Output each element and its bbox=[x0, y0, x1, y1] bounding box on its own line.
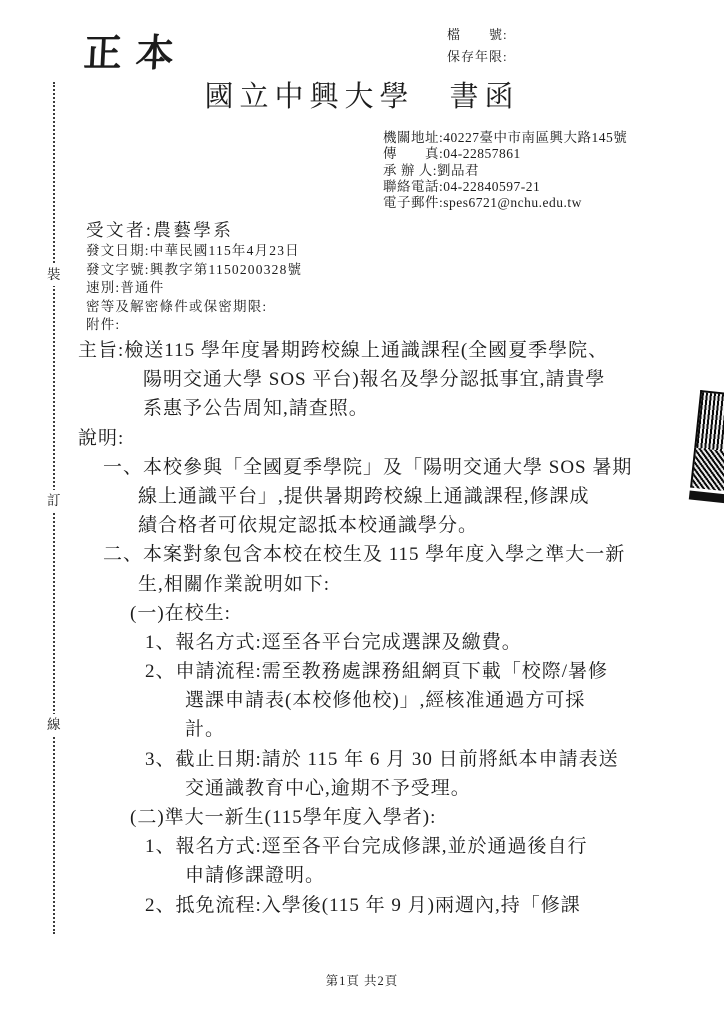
sender-address-line: 機關地址:40227臺中市南區興大路145號 bbox=[383, 130, 627, 146]
binding-mark-xian: 線 bbox=[46, 714, 62, 736]
sender-contact-block: 機關地址:40227臺中市南區興大路145號 傳 真:04-22857861 承… bbox=[383, 130, 627, 211]
body-line: 績合格者可依規定認抵本校通識學分。 bbox=[78, 511, 632, 540]
body-line: 生,相關作業說明如下: bbox=[78, 570, 632, 599]
retention-period-label: 保存年限: bbox=[447, 46, 508, 68]
subject-line: 系惠予公告周知,請查照。 bbox=[78, 394, 632, 423]
page-number-footer: 第1頁 共2頁 bbox=[0, 971, 724, 989]
sender-contact-person-line: 承 辦 人:劉品君 bbox=[383, 163, 627, 179]
sender-fax-line: 傳 真:04-22857861 bbox=[383, 146, 627, 162]
binding-mark-ding: 訂 bbox=[46, 490, 62, 512]
body-line: 交通識教育中心,逾期不予受理。 bbox=[78, 774, 632, 803]
barcode-base-band bbox=[689, 490, 724, 504]
barcode-stamp bbox=[688, 390, 724, 512]
barcode-stripes-top bbox=[694, 390, 724, 452]
body-line: 1、報名方式:逕至各平台完成選課及繳費。 bbox=[78, 628, 632, 657]
body-line: 申請修課證明。 bbox=[78, 861, 632, 890]
barcode-stripes-bottom bbox=[690, 448, 724, 492]
official-document-page: 正本 檔 號: 保存年限: 國立中興大學 書函 機關地址:40227臺中市南區興… bbox=[0, 0, 724, 1024]
sender-phone-line: 聯絡電話:04-22840597-21 bbox=[383, 179, 627, 195]
issue-date-line: 發文日期:中華民國115年4月23日 bbox=[86, 242, 302, 261]
subject-line: 陽明交通大學 SOS 平台)報名及學分認抵事宜,請貴學 bbox=[78, 365, 632, 394]
priority-line: 速別:普通件 bbox=[86, 279, 302, 298]
body-line: 二、本案對象包含本校在校生及 115 學年度入學之準大一新 bbox=[78, 540, 632, 569]
issue-number-line: 發文字號:興教字第1150200328號 bbox=[86, 261, 302, 280]
archive-info-block: 檔 號: 保存年限: bbox=[447, 24, 508, 68]
body-line: 2、抵免流程:入學後(115 年 9 月)兩週內,持「修課 bbox=[78, 891, 632, 920]
body-line: 計。 bbox=[78, 715, 632, 744]
body-line: 3、截止日期:請於 115 年 6 月 30 日前將紙本申請表送 bbox=[78, 745, 632, 774]
document-body: 主旨:檢送115 學年度暑期跨校線上通識課程(全國夏季學院、 陽明交通大學 SO… bbox=[78, 336, 632, 920]
body-line: 一、本校參與「全國夏季學院」及「陽明交通大學 SOS 暑期 bbox=[78, 453, 632, 482]
body-line: (一)在校生: bbox=[78, 599, 632, 628]
subject-line: 主旨:檢送115 學年度暑期跨校線上通識課程(全國夏季學院、 bbox=[78, 336, 632, 365]
document-meta-block: 發文日期:中華民國115年4月23日 發文字號:興教字第1150200328號 … bbox=[86, 242, 302, 335]
classification-line: 密等及解密條件或保密期限: bbox=[86, 298, 302, 317]
archive-number-label: 檔 號: bbox=[447, 24, 508, 46]
document-title: 國立中興大學 書函 bbox=[0, 74, 724, 115]
body-line: 1、報名方式:逕至各平台完成修課,並於通過後自行 bbox=[78, 832, 632, 861]
body-line: 線上通識平台」,提供暑期跨校線上通識課程,修課成 bbox=[78, 482, 632, 511]
body-line: 2、申請流程:需至教務處課務組網頁下載「校際/暑修 bbox=[78, 657, 632, 686]
attachment-line: 附件: bbox=[86, 316, 302, 335]
description-heading: 說明: bbox=[78, 424, 632, 453]
recipient-line: 受文者:農藝學系 bbox=[86, 217, 233, 242]
body-line: (二)準大一新生(115學年度入學者): bbox=[78, 803, 632, 832]
copy-type-label: 正本 bbox=[83, 22, 190, 77]
binding-mark-zhuang: 裝 bbox=[46, 264, 62, 286]
sender-email-line: 電子郵件:spes6721@nchu.edu.tw bbox=[383, 195, 627, 211]
body-line: 選課申請表(本校修他校)」,經核准通過方可採 bbox=[78, 686, 632, 715]
